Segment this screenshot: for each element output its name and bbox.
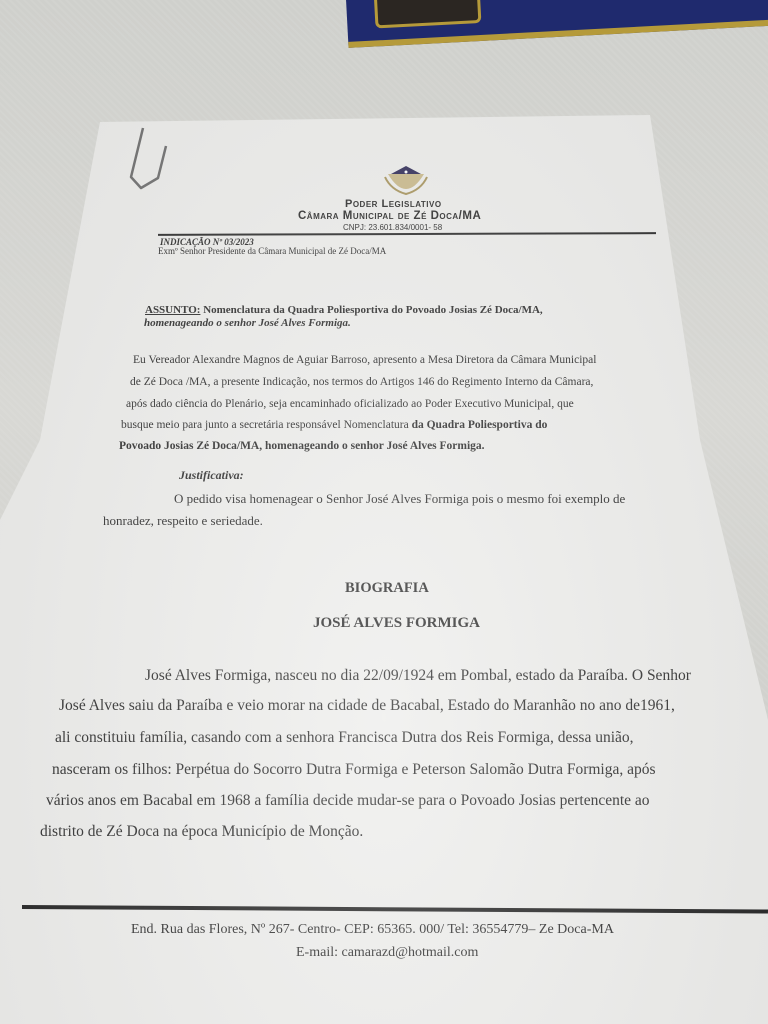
biography-title: BIOGRAFIA	[345, 580, 429, 597]
assunto-line-1: ASSUNTO: Nomenclatura da Quadra Poliespo…	[145, 304, 543, 316]
addressee: Exmº Senhor Presidente da Câmara Municip…	[158, 246, 386, 256]
bio-line-2: José Alves saiu da Paraíba e veio morar …	[59, 697, 675, 715]
intro-line-4-bold: da Quadra Poliesportiva do	[412, 419, 548, 431]
footer-address: End. Rua das Flores, Nº 267- Centro- CEP…	[131, 922, 614, 938]
bio-line-3: ali constituiu família, casando com a se…	[55, 729, 634, 747]
letterhead-cnpj: CNPJ: 23.601.834/0001- 58	[343, 223, 442, 232]
justificativa-label: Justificativa:	[179, 468, 244, 483]
chamber-crest-icon	[383, 164, 429, 198]
intro-line-1: Eu Vereador Alexandre Magnos de Aguiar B…	[133, 354, 596, 366]
footer-email: E-mail: camarazd@hotmail.com	[296, 945, 478, 961]
banner-photo	[373, 0, 481, 28]
intro-line-2: de Zé Doca /MA, a presente Indicação, no…	[130, 376, 593, 388]
assunto-text: Nomenclatura da Quadra Poliesportiva do …	[200, 304, 542, 316]
bio-line-6: distrito de Zé Doca na época Município d…	[40, 823, 363, 841]
letterhead-camara: Câmara Municipal de Zé Doca/MA	[298, 210, 481, 222]
bio-line-1: José Alves Formiga, nasceu no dia 22/09/…	[145, 667, 691, 685]
assunto-line-2: homenageando o senhor José Alves Formiga…	[144, 317, 351, 329]
biography-name: JOSÉ ALVES FORMIGA	[313, 615, 480, 632]
header-rule	[158, 232, 656, 236]
paperclip-icon	[128, 122, 168, 192]
justificativa-line-2: honradez, respeito e seriedade.	[103, 513, 263, 529]
bio-line-5: vários anos em Bacabal em 1968 a família…	[46, 792, 650, 810]
intro-line-4-normal: busque meio para junto a secretária resp…	[121, 419, 412, 431]
document-page: Poder Legislativo Câmara Municipal de Zé…	[0, 0, 768, 1024]
justificativa-line-1: O pedido visa homenagear o Senhor José A…	[174, 491, 625, 507]
letterhead-poder: Poder Legislativo	[345, 198, 442, 210]
footer-rule	[22, 905, 768, 914]
bio-line-4: nasceram os filhos: Perpétua do Socorro …	[52, 761, 656, 779]
intro-line-3: após dado ciência do Plenário, seja enca…	[126, 398, 574, 410]
assunto-label: ASSUNTO:	[145, 304, 200, 316]
indicacao-number: INDICAÇÃO Nº 03/2023	[160, 237, 254, 247]
intro-line-5: Povoado Josias Zé Doca/MA, homenageando …	[119, 440, 485, 452]
intro-line-4: busque meio para junto a secretária resp…	[121, 419, 547, 431]
